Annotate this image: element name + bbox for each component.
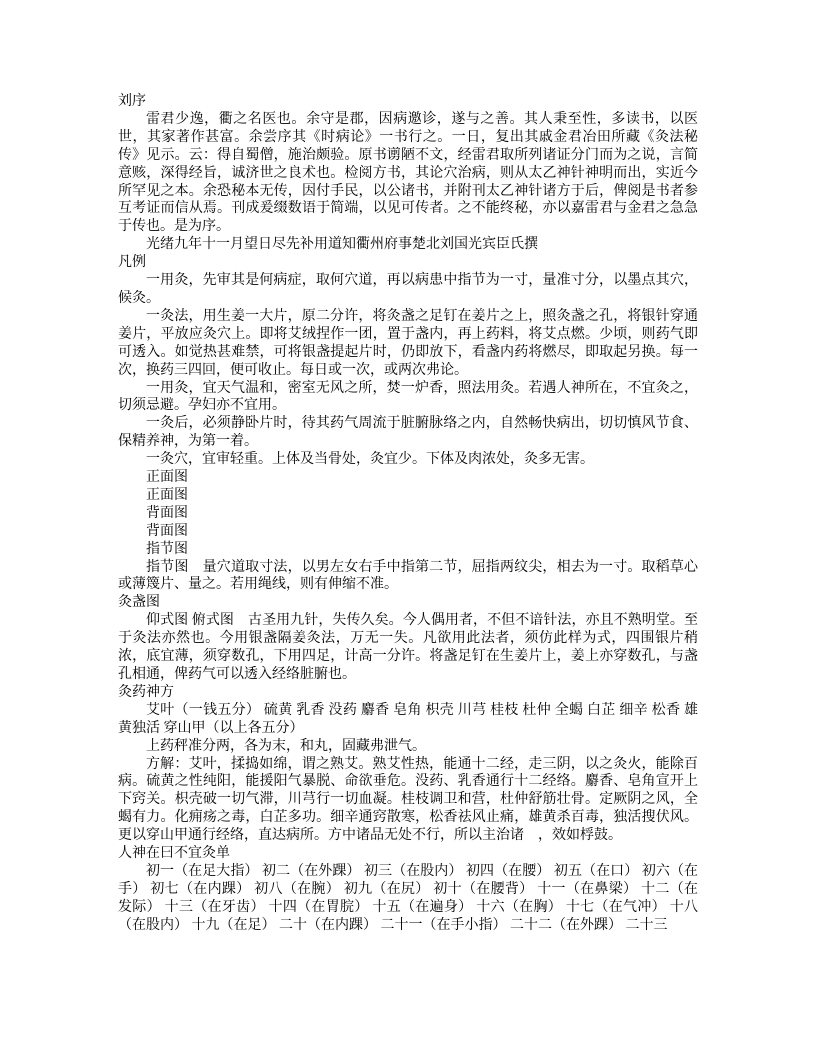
paragraph: 光绪九年十一月望日尽先补用道知衢州府事楚北刘国光宾臣氏撰 xyxy=(118,236,698,254)
paragraph: 仰式图 俯式图 古圣用九针，失传久矣。今人偶用者，不但不谙针法，亦且不熟明堂。至… xyxy=(118,612,698,684)
paragraph: 背面图 xyxy=(118,505,698,523)
paragraph: 艾叶（一钱五分） 硫黄 乳香 没药 麝香 皂角 枳壳 川芎 桂枝 杜仲 全蝎 白… xyxy=(118,702,698,738)
section-heading: 人神在曰不宜灸单 xyxy=(118,845,698,863)
paragraph: 正面图 xyxy=(118,487,698,505)
paragraph: 初一（在足大指） 初二（在外踝） 初三（在股内） 初四（在腰） 初五（在口） 初… xyxy=(118,863,698,935)
section-heading: 灸盏图 xyxy=(118,594,698,612)
paragraph: 指节图 量穴道取寸法，以男左女右手中指第二节，屈指两纹尖，相去为一寸。取稻草心或… xyxy=(118,559,698,595)
paragraph: 一灸法，用生姜一大片，原二分许，将灸盏之足钉在姜片之上，照灸盏之孔，将银针穿通姜… xyxy=(118,308,698,380)
paragraph: 上药秤准分两，各为末，和丸，固藏弗泄气。 xyxy=(118,738,698,756)
paragraph: 雷君少逸，衢之名医也。余守是郡，因病邀诊，遂与之善。其人秉至性，多读书，以医世，… xyxy=(118,111,698,236)
section-heading: 刘序 xyxy=(118,93,698,111)
document-page: 刘序雷君少逸，衢之名医也。余守是郡，因病邀诊，遂与之善。其人秉至性，多读书，以医… xyxy=(0,0,816,1056)
paragraph: 一用灸，宜天气温和，密室无风之所，焚一炉香，照法用灸。若遇人神所在，不宜灸之，切… xyxy=(118,380,698,416)
section-heading: 灸药神方 xyxy=(118,684,698,702)
paragraph: 正面图 xyxy=(118,469,698,487)
paragraph: 一灸后，必须静卧片时，待其药气周流于脏腑脉络之内，自然畅快病出，切切慎风节食、保… xyxy=(118,415,698,451)
document-body: 刘序雷君少逸，衢之名医也。余守是郡，因病邀诊，遂与之善。其人秉至性，多读书，以医… xyxy=(118,93,698,935)
paragraph: 指节图 xyxy=(118,541,698,559)
paragraph: 一灸穴，宜审轻重。上体及当骨处，灸宜少。下体及肉浓处，灸多无害。 xyxy=(118,451,698,469)
paragraph: 背面图 xyxy=(118,523,698,541)
paragraph: 一用灸，先审其是何病症，取何穴道，再以病患中指节为一寸，量准寸分，以墨点其穴，候… xyxy=(118,272,698,308)
section-heading: 凡例 xyxy=(118,254,698,272)
paragraph: 方解：艾叶，揉捣如绵，谓之熟艾。熟艾性热，能通十二经，走三阴，以之灸火，能除百病… xyxy=(118,756,698,846)
